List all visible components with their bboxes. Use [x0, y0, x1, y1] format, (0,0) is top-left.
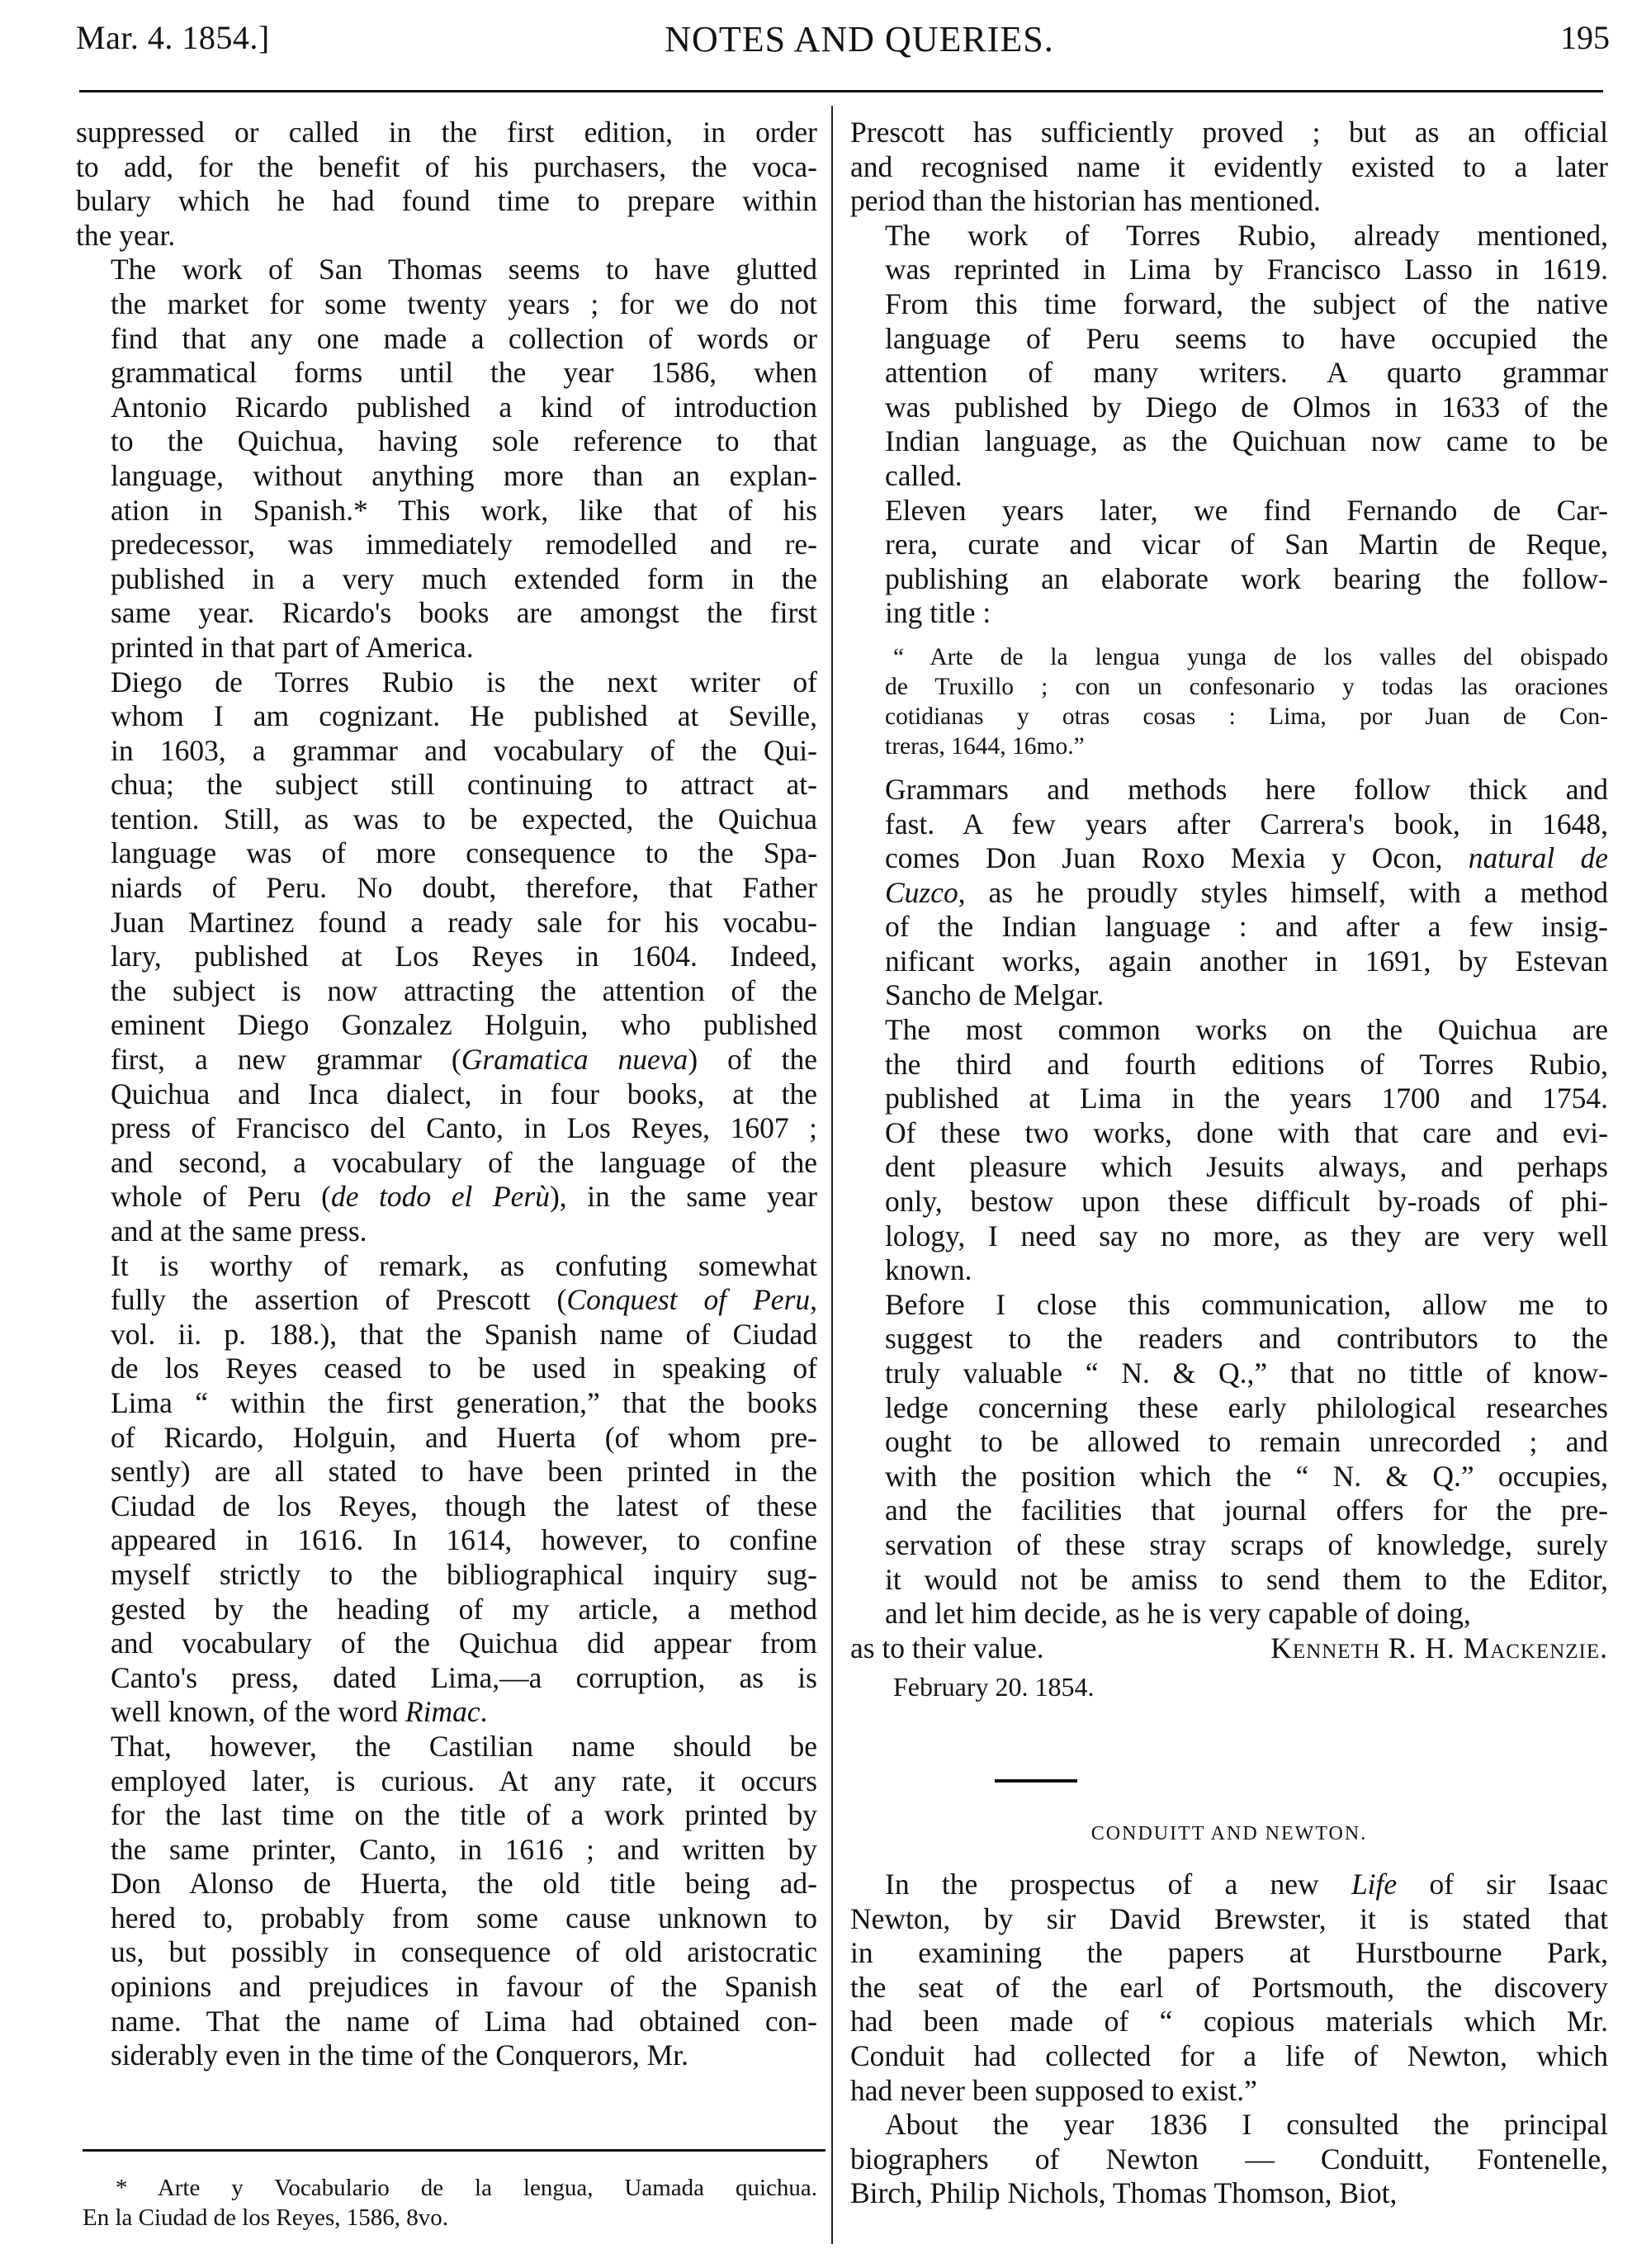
text-line: That, however, the Castilian name should…	[76, 1730, 817, 1764]
text-line: first, a new grammar (Gramatica nueva) o…	[76, 1043, 817, 1077]
text-line: myself strictly to the bibliographical i…	[76, 1558, 817, 1593]
text-line: whole of Peru (de todo el Perù), in the …	[76, 1180, 817, 1214]
text-line: The work of San Thomas seems to have glu…	[76, 253, 817, 287]
text-line: Cuzco, as he proudly styles himself, wit…	[850, 876, 1608, 911]
text-line: Quichua and Inca dialect, in four books,…	[76, 1077, 817, 1112]
text-line: predecessor, was immediately remodelled …	[76, 528, 817, 562]
text-line: printed in that part of America.	[76, 631, 817, 665]
italic-phrase: Life	[1351, 1868, 1397, 1901]
text-line: Don Alonso de Huerta, the old title bein…	[76, 1867, 817, 1901]
text-line: lary, published at Los Reyes in 1604. In…	[76, 940, 817, 974]
text-line: Prescott has sufficiently proved ; but a…	[850, 116, 1608, 150]
section-body: In the prospectus of a new Life of sir I…	[850, 1868, 1608, 2211]
footnote-rule	[83, 2149, 825, 2152]
text-line: publishing an elaborate work bearing the…	[850, 562, 1608, 597]
paragraph: It is worthy of remark, as confuting som…	[76, 1249, 817, 1730]
text-line: as to their value.Kenneth R. H. Mackenzi…	[850, 1631, 1608, 1666]
left-column: suppressed or called in the first editio…	[76, 116, 817, 2073]
text-line: chua; the subject still continuing to at…	[76, 768, 817, 803]
italic-phrase: Cuzco	[885, 876, 958, 909]
paragraph: The work of Torres Rubio, already mentio…	[850, 219, 1608, 494]
quote-line: cotidianas y otras cosas : Lima, por Jua…	[850, 702, 1608, 732]
text-line: Before I close this communication, allow…	[850, 1288, 1608, 1323]
text-line: grammatical forms until the year 1586, w…	[76, 356, 817, 391]
text-line: rera, curate and vicar of San Martin de …	[850, 528, 1608, 562]
block-quote: “ Arte de la lengua yunga de los valles …	[850, 642, 1608, 761]
text-line: de los Reyes ceased to be used in speaki…	[76, 1352, 817, 1386]
page-number: 195	[1560, 18, 1610, 57]
italic-phrase: Conquest of Peru	[566, 1283, 810, 1316]
text-line: Canto's press, dated Lima,—a corruption,…	[76, 1661, 817, 1696]
text-line: find that any one made a collection of w…	[76, 322, 817, 357]
text-line: and let him decide, as he is very capabl…	[850, 1597, 1608, 1631]
text-line: It is worthy of remark, as confuting som…	[76, 1249, 817, 1284]
italic-phrase: natural de	[1469, 841, 1608, 874]
text-line: known.	[850, 1253, 1608, 1288]
journal-title: NOTES AND QUERIES.	[76, 18, 1610, 60]
signature-line: as to their value.Kenneth R. H. Mackenzi…	[850, 1631, 1608, 1666]
text-line: attention of many writers. A quarto gram…	[850, 356, 1608, 391]
text-line: had been made of “ copious materials whi…	[850, 2005, 1608, 2039]
text-line: press of Francisco del Canto, in Los Rey…	[76, 1111, 817, 1146]
running-header: Mar. 4. 1854.] NOTES AND QUERIES. 195	[76, 18, 1610, 68]
text-line: dent pleasure which Jesuits always, and …	[850, 1150, 1608, 1185]
text-line: siderably even in the time of the Conque…	[76, 2038, 817, 2073]
text-line: ought to be allowed to remain unrecorded…	[850, 1425, 1608, 1460]
column-divider	[831, 106, 833, 2244]
text-line: Indian language, as the Quichuan now cam…	[850, 424, 1608, 459]
paragraph: Diego de Torres Rubio is the next writer…	[76, 665, 817, 1249]
quote-line: de Truxillo ; con un confesonario y toda…	[850, 672, 1608, 702]
paragraph: That, however, the Castilian name should…	[76, 1730, 817, 2073]
text-line: language was of more consequence to the …	[76, 836, 817, 871]
text-line: lology, I need say no more, as they are …	[850, 1219, 1608, 1254]
text-line: servation of these stray scraps of knowl…	[850, 1528, 1608, 1563]
right-column: Prescott has sufficiently proved ; but a…	[850, 116, 1608, 1705]
italic-phrase: Rimac	[405, 1695, 480, 1728]
text-line: to the Quichua, having sole reference to…	[76, 424, 817, 459]
text-line: biographers of Newton — Conduitt, Fonten…	[850, 2143, 1608, 2177]
paragraph: suppressed or called in the first editio…	[76, 116, 817, 253]
text-line: was published by Diego de Olmos in 1633 …	[850, 391, 1608, 425]
section-separator-rule	[995, 1779, 1077, 1783]
text-line: gested by the heading of my article, a m…	[76, 1593, 817, 1627]
text-line: fast. A few years after Carrera's book, …	[850, 807, 1608, 842]
text-line: the subject is now attracting the attent…	[76, 974, 817, 1009]
text-line: and at the same press.	[76, 1214, 817, 1249]
text-line: Eleven years later, we find Fernando de …	[850, 494, 1608, 528]
text-line: well known, of the word Rimac.	[76, 1695, 817, 1730]
text-line: opinions and prejudices in favour of the…	[76, 1970, 817, 2005]
text-line: name. That the name of Lima had obtained…	[76, 2005, 817, 2039]
text-line: to add, for the benefit of his purchaser…	[76, 150, 817, 185]
section-heading: CONDUITT AND NEWTON.	[850, 1823, 1608, 1845]
text-line: called.	[850, 459, 1608, 494]
text-line: appeared in 1616. In 1614, however, to c…	[76, 1523, 817, 1558]
text-line: nificant works, again another in 1691, b…	[850, 945, 1608, 979]
text-line: was reprinted in Lima by Francisco Lasso…	[850, 253, 1608, 287]
text-line: ing title :	[850, 596, 1608, 631]
text-line: period than the historian has mentioned.	[850, 184, 1608, 219]
text-line: Conduit had collected for a life of Newt…	[850, 2039, 1608, 2074]
italic-phrase: de todo el Perù	[331, 1180, 550, 1213]
paragraph: Before I close this communication, allow…	[850, 1288, 1608, 1631]
footnote: * Arte y Vocabulario de la lengua, Uamad…	[83, 2173, 817, 2232]
footnote-line: En la Ciudad de los Reyes, 1586, 8vo.	[83, 2203, 817, 2232]
text-line: and the facilities that journal offers f…	[850, 1494, 1608, 1528]
paragraph: The most common works on the Quichua are…	[850, 1013, 1608, 1288]
text-line: the seat of the earl of Portsmouth, the …	[850, 1971, 1608, 2005]
text-line: The most common works on the Quichua are	[850, 1013, 1608, 1048]
text-line: suggest to the readers and contributors …	[850, 1322, 1608, 1357]
quote-line: “ Arte de la lengua yunga de los valles …	[850, 642, 1608, 672]
text-line: vol. ii. p. 188.), that the Spanish name…	[76, 1318, 817, 1352]
text-line: fully the assertion of Prescott (Conques…	[76, 1283, 817, 1318]
text-line: Diego de Torres Rubio is the next writer…	[76, 665, 817, 700]
text-line: the market for some twenty years ; for w…	[76, 287, 817, 322]
text-line: The work of Torres Rubio, already mentio…	[850, 219, 1608, 253]
text-line: sently) are all stated to have been prin…	[76, 1455, 817, 1489]
italic-phrase: Gramatica nueva	[461, 1043, 688, 1076]
text-line: Newton, by sir David Brewster, it is sta…	[850, 1902, 1608, 1937]
paragraph: In the prospectus of a new Life of sir I…	[850, 1868, 1608, 2108]
author-signature: Kenneth R. H. Mackenzie.	[1270, 1631, 1608, 1666]
text-line: Birch, Philip Nichols, Thomas Thomson, B…	[850, 2176, 1608, 2211]
text-line: language, without anything more than an …	[76, 459, 817, 494]
text-line: and second, a vocabulary of the language…	[76, 1146, 817, 1181]
dateline: February 20. 1854.	[850, 1670, 1608, 1705]
text-line: Sancho de Melgar.	[850, 978, 1608, 1013]
text-line: the same printer, Canto, in 1616 ; and w…	[76, 1833, 817, 1868]
text-line: About the year 1836 I consulted the prin…	[850, 2108, 1608, 2143]
text-line: comes Don Juan Roxo Mexia y Ocon, natura…	[850, 841, 1608, 876]
text-line: Grammars and methods here follow thick a…	[850, 773, 1608, 807]
text-line: in 1603, a grammar and vocabulary of the…	[76, 734, 817, 769]
text-line: had never been supposed to exist.”	[850, 2074, 1608, 2109]
text-line: only, bestow upon these difficult by-roa…	[850, 1185, 1608, 1219]
text-line: it would not be amiss to send them to th…	[850, 1563, 1608, 1598]
text-line: suppressed or called in the first editio…	[76, 116, 817, 150]
paragraph: Prescott has sufficiently proved ; but a…	[850, 116, 1608, 219]
text-line: From this time forward, the subject of t…	[850, 287, 1608, 322]
text-line: whom I am cognizant. He published at Sev…	[76, 699, 817, 734]
text-line: of the Indian language : and after a few…	[850, 910, 1608, 945]
text-line: Lima “ within the first generation,” tha…	[76, 1386, 817, 1421]
text-line: for the last time on the title of a work…	[76, 1798, 817, 1833]
text-line: same year. Ricardo's books are amongst t…	[76, 596, 817, 631]
text-line: niards of Peru. No doubt, therefore, tha…	[76, 871, 817, 906]
text-line: ledge concerning these early philologica…	[850, 1391, 1608, 1426]
text-line: tention. Still, as was to be expected, t…	[76, 803, 817, 837]
text-line: and recognised name it evidently existed…	[850, 150, 1608, 185]
text-line: and vocabulary of the Quichua did appear…	[76, 1626, 817, 1661]
text-line: employed later, is curious. At any rate,…	[76, 1764, 817, 1799]
paragraph: Grammars and methods here follow thick a…	[850, 773, 1608, 1013]
text-line: with the position which the “ N. & Q.” o…	[850, 1460, 1608, 1494]
text-line: the year.	[76, 219, 817, 253]
paragraph: The work of San Thomas seems to have glu…	[76, 253, 817, 665]
paragraph: Eleven years later, we find Fernando de …	[850, 494, 1608, 631]
text-line: the third and fourth editions of Torres …	[850, 1048, 1608, 1082]
text-line: Of these two works, done with that care …	[850, 1116, 1608, 1151]
text-line: eminent Diego Gonzalez Holguin, who publ…	[76, 1008, 817, 1043]
text-line: In the prospectus of a new Life of sir I…	[850, 1868, 1608, 1902]
text-line: published in a very much extended form i…	[76, 562, 817, 597]
text-line: in examining the papers at Hurstbourne P…	[850, 1936, 1608, 1971]
text-line: truly valuable “ N. & Q.,” that no tittl…	[850, 1357, 1608, 1391]
header-rule	[79, 90, 1603, 92]
text-line: published at Lima in the years 1700 and …	[850, 1082, 1608, 1116]
paragraph: About the year 1836 I consulted the prin…	[850, 2108, 1608, 2211]
text-line: bulary which he had found time to prepar…	[76, 184, 817, 219]
text-line: Antonio Ricardo published a kind of intr…	[76, 391, 817, 425]
text-line: Juan Martinez found a ready sale for his…	[76, 906, 817, 940]
text-line: Ciudad de los Reyes, though the latest o…	[76, 1489, 817, 1524]
quote-line: treras, 1644, 16mo.”	[850, 732, 1608, 761]
text-line: ation in Spanish.* This work, like that …	[76, 494, 817, 528]
text-line: us, but possibly in consequence of old a…	[76, 1935, 817, 1970]
text-line: language of Peru seems to have occupied …	[850, 322, 1608, 357]
text-line: hered to, probably from some cause unkno…	[76, 1901, 817, 1936]
signature-prefix: as to their value.	[850, 1631, 1044, 1666]
footnote-line: * Arte y Vocabulario de la lengua, Uamad…	[83, 2173, 817, 2203]
text-line: of Ricardo, Holguin, and Huerta (of whom…	[76, 1421, 817, 1456]
